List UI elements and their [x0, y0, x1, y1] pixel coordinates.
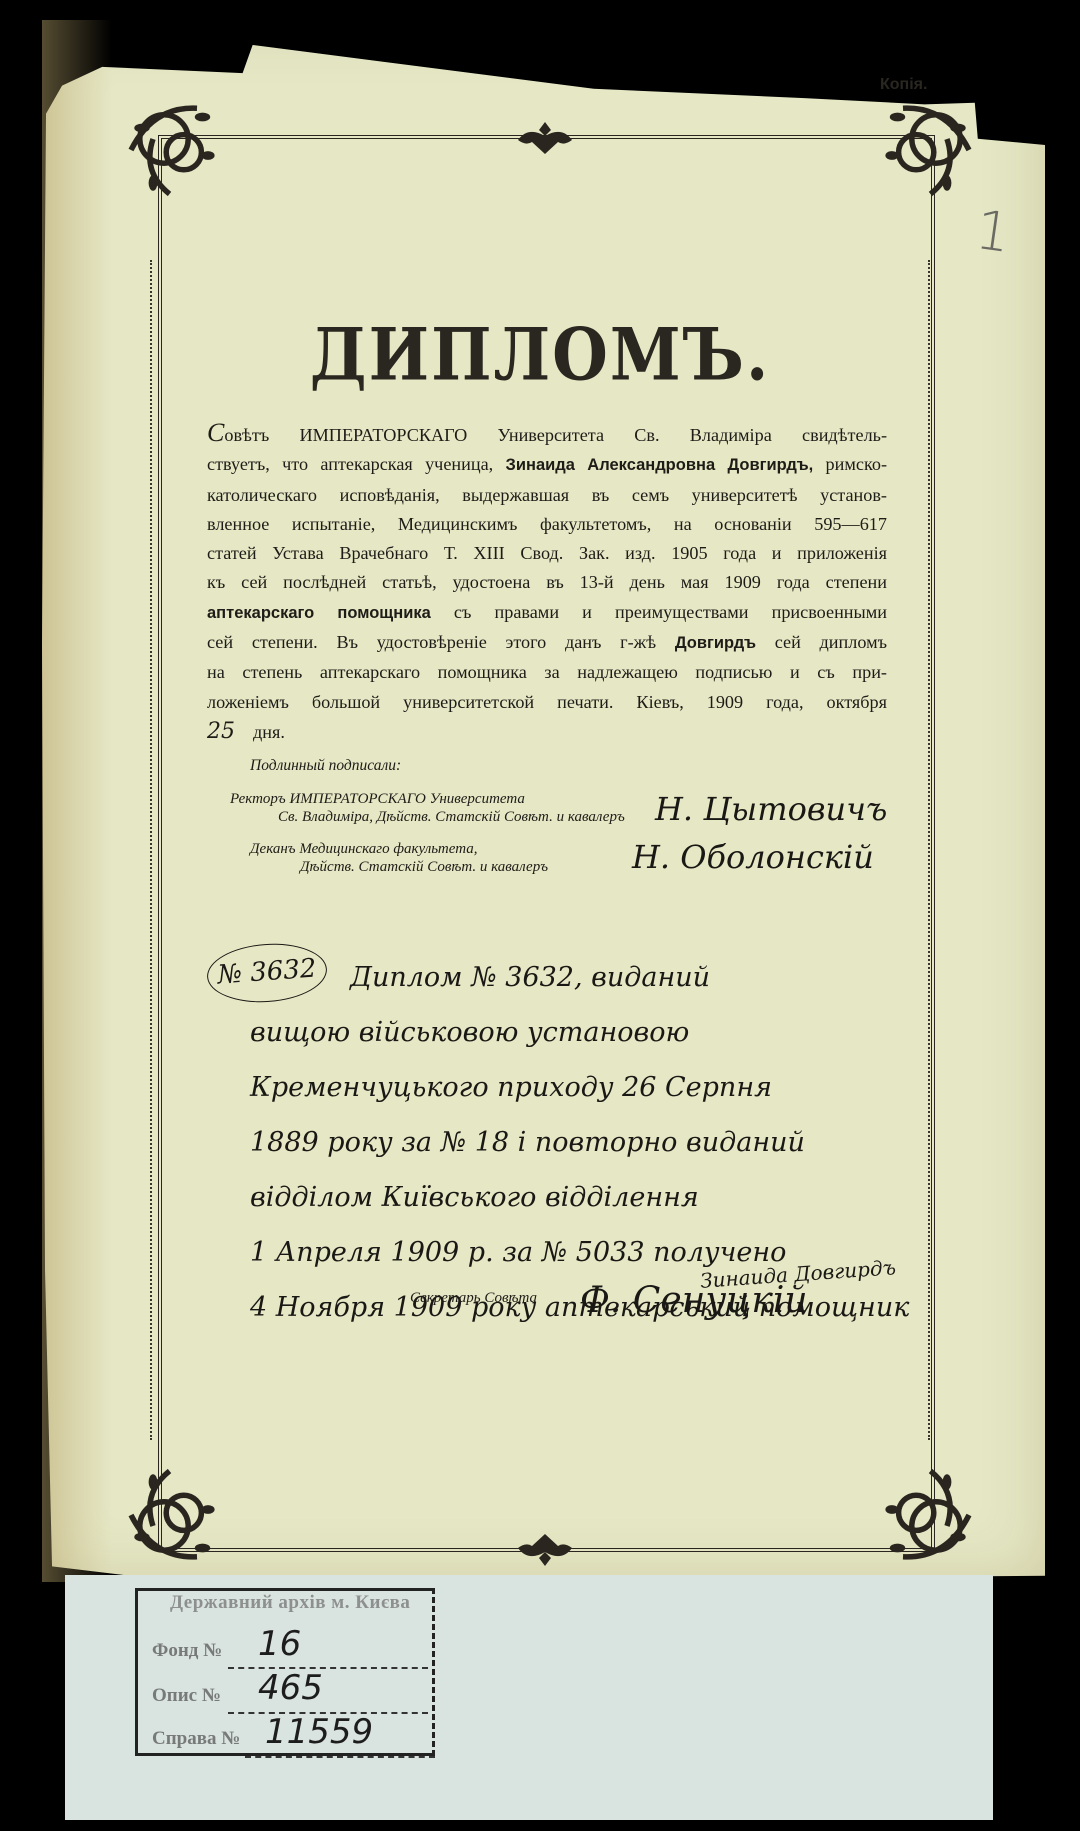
secretary-label: Секретарь Совѣта [410, 1290, 537, 1307]
corner-ornament-bottom-right [870, 1460, 980, 1570]
bottom-center-ornament [510, 1532, 580, 1570]
stamp-sprava-value: 11559 [265, 1712, 373, 1752]
handwritten-note-line: Кременчуцького приходу 26 Серпня [250, 1060, 930, 1115]
body-line: вленное испытаніе, Медицинскимъ факульте… [207, 510, 887, 539]
handwritten-note-line: вищою військовою установою [250, 1005, 930, 1060]
stamp-opys-label: Опис № [152, 1685, 221, 1707]
copy-label: Копія. [880, 76, 927, 94]
right-vine-ornament [928, 260, 960, 1440]
stamp-opys-value: 465 [258, 1668, 323, 1708]
rector-title: Ректоръ ИМПЕРАТОРСКАГО Университета [230, 790, 625, 808]
corner-ornament-top-left [120, 95, 230, 205]
stamp-sprava-label: Справа № [152, 1728, 240, 1750]
body-line: ложеніемъ большой университетской печати… [207, 688, 887, 717]
handwritten-day: 25 [207, 719, 235, 744]
archive-stamp-title: Державний архів м. Києва [170, 1592, 410, 1614]
rector-rank: Св. Владиміра, Дѣйств. Статскій Совѣт. и… [230, 808, 625, 826]
dean-title: Деканъ Медицинскаго факультета, [250, 840, 548, 858]
secretary-signature: Ф. Сенуцкій [580, 1280, 808, 1321]
stamp-fond-value: 16 [258, 1624, 301, 1664]
top-center-ornament [510, 118, 580, 156]
body-line: ствуетъ, что аптекарская ученица, Зинаид… [207, 450, 887, 480]
corner-ornament-top-right [870, 95, 980, 205]
body-line: сей степени. Въ удостовѣреніе этого данъ… [207, 628, 887, 658]
rector-signature: Н. Цытовичъ [655, 790, 887, 828]
paper-stain [42, 20, 112, 1582]
body-line: аптекарскаго помощника съ правами и преи… [207, 598, 887, 628]
dean-block: Деканъ Медицинскаго факультета, Дѣйств. … [250, 840, 548, 876]
stamp-fond-label: Фонд № [152, 1640, 222, 1662]
handwritten-note-line: Диплом № 3632, виданий [250, 950, 930, 1005]
body-line: Совѣтъ ИМПЕРАТОРСКАГО Университета Св. В… [207, 418, 887, 450]
handwritten-note-line: 1889 року за № 18 і повторно виданий [250, 1115, 930, 1170]
handwritten-note-line: відділом Київського відділення [250, 1170, 930, 1225]
rector-block: Ректоръ ИМПЕРАТОРСКАГО Университета Св. … [230, 790, 625, 826]
signed-heading: Подлинный подписали: [250, 757, 401, 775]
diploma-title: ДИПЛОМЪ. [0, 314, 1080, 398]
body-line: на степень аптекарскаго помощника за над… [207, 658, 887, 687]
body-line-day: 25дня. [207, 717, 887, 747]
corner-ornament-bottom-left [120, 1460, 230, 1570]
left-vine-ornament [150, 260, 182, 1440]
diploma-body-text: Совѣтъ ИМПЕРАТОРСКАГО Университета Св. В… [207, 418, 887, 747]
body-line: статей Устава Врачебнаго Т. XIII Свод. З… [207, 539, 887, 568]
dean-rank: Дѣйств. Статскій Совѣт. и кавалеръ [250, 858, 548, 876]
body-line: къ сей послѣдней статьѣ, удостоена въ 13… [207, 568, 887, 597]
body-line: католическаго исповѣданія, выдержавшая в… [207, 481, 887, 510]
stamp-sprava-line [245, 1756, 435, 1758]
dean-signature: Н. Оболонскій [632, 838, 874, 876]
